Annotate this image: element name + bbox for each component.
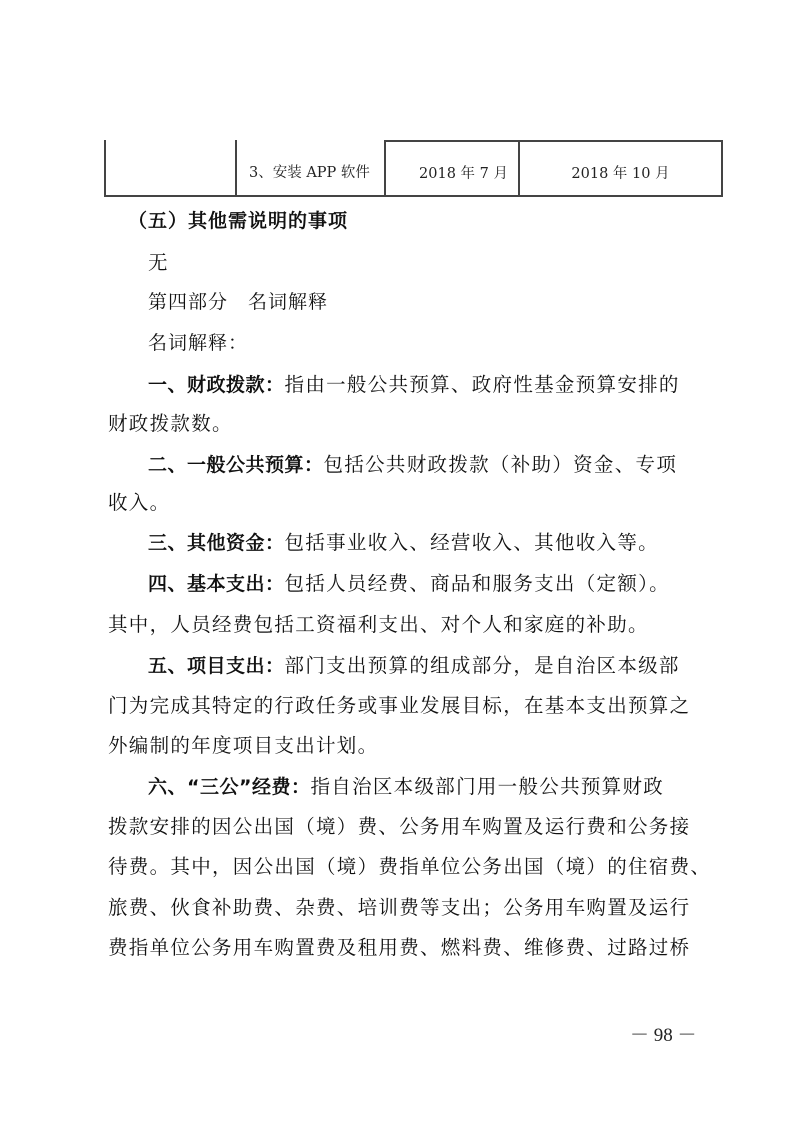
term-continuation: 财政拨款数。 xyxy=(108,412,700,436)
term-fiscal-appropriation: 一、财政拨款：指由一般公共预算、政府性基金预算安排的 xyxy=(148,373,700,397)
term-definition: 包括人员经费、商品和服务支出（定额）。 xyxy=(285,572,670,595)
term-definition: 包括事业收入、经营收入、其他收入等。 xyxy=(285,531,659,554)
term-definition: 包括公共财政拨款（补助）资金、专项 xyxy=(324,453,678,476)
term-label: 二、一般公共预算： xyxy=(148,454,324,476)
table-cell-task: 3、安装 APP 软件 xyxy=(235,140,384,197)
term-other-funds: 三、其他资金：包括事业收入、经营收入、其他收入等。 xyxy=(148,531,740,555)
section-heading-other-matters: （五）其他需说明的事项 xyxy=(128,209,720,233)
schedule-table-continued: 3、安装 APP 软件 2018 年 7 月 2018 年 10 月 xyxy=(104,140,723,197)
term-continuation: 旅费、伙食补助费、杂费、培训费等支出；公务用车购置及运行 xyxy=(108,896,700,920)
term-definition: 部门支出预算的组成部分，是自治区本级部 xyxy=(285,654,680,677)
term-continuation: 门为完成其特定的行政任务或事业发展目标，在基本支出预算之 xyxy=(108,694,700,718)
term-project-expenditure: 五、项目支出：部门支出预算的组成部分，是自治区本级部 xyxy=(148,654,740,678)
term-definition: 指由一般公共预算、政府性基金预算安排的 xyxy=(285,373,680,396)
term-continuation: 费指单位公务用车购置费及租用费、燃料费、维修费、过路过桥 xyxy=(108,936,700,960)
page-number: － 98 － xyxy=(630,1020,697,1047)
table-cell-end-date: 2018 年 10 月 xyxy=(518,140,723,197)
term-continuation: 待费。其中，因公出国（境）费指单位公务出国（境）的住宿费、 xyxy=(108,855,700,879)
term-label: 四、基本支出： xyxy=(148,573,285,595)
term-continuation: 外编制的年度项目支出计划。 xyxy=(108,734,700,758)
term-label: 六、“三公”经费： xyxy=(148,776,310,798)
term-continuation: 收入。 xyxy=(108,491,700,515)
section-body-none: 无 xyxy=(148,251,740,275)
part-title: 第四部分 名词解释 xyxy=(148,290,740,314)
term-label: 一、财政拨款： xyxy=(148,374,285,396)
term-label: 五、项目支出： xyxy=(148,655,285,677)
table-cell-start-date: 2018 年 7 月 xyxy=(384,140,518,197)
term-three-public-expenses: 六、“三公”经费：指自治区本级部门用一般公共预算财政 xyxy=(148,775,740,799)
glossary-label: 名词解释： xyxy=(148,331,740,355)
table-cell-category xyxy=(104,140,235,197)
term-basic-expenditure: 四、基本支出：包括人员经费、商品和服务支出（定额）。 xyxy=(148,572,740,596)
term-general-public-budget: 二、一般公共预算：包括公共财政拨款（补助）资金、专项 xyxy=(148,453,740,477)
term-definition: 指自治区本级部门用一般公共预算财政 xyxy=(310,775,664,798)
term-continuation: 拨款安排的因公出国（境）费、公务用车购置及运行费和公务接 xyxy=(108,815,700,839)
term-continuation: 其中，人员经费包括工资福利支出、对个人和家庭的补助。 xyxy=(108,613,700,637)
term-label: 三、其他资金： xyxy=(148,532,285,554)
